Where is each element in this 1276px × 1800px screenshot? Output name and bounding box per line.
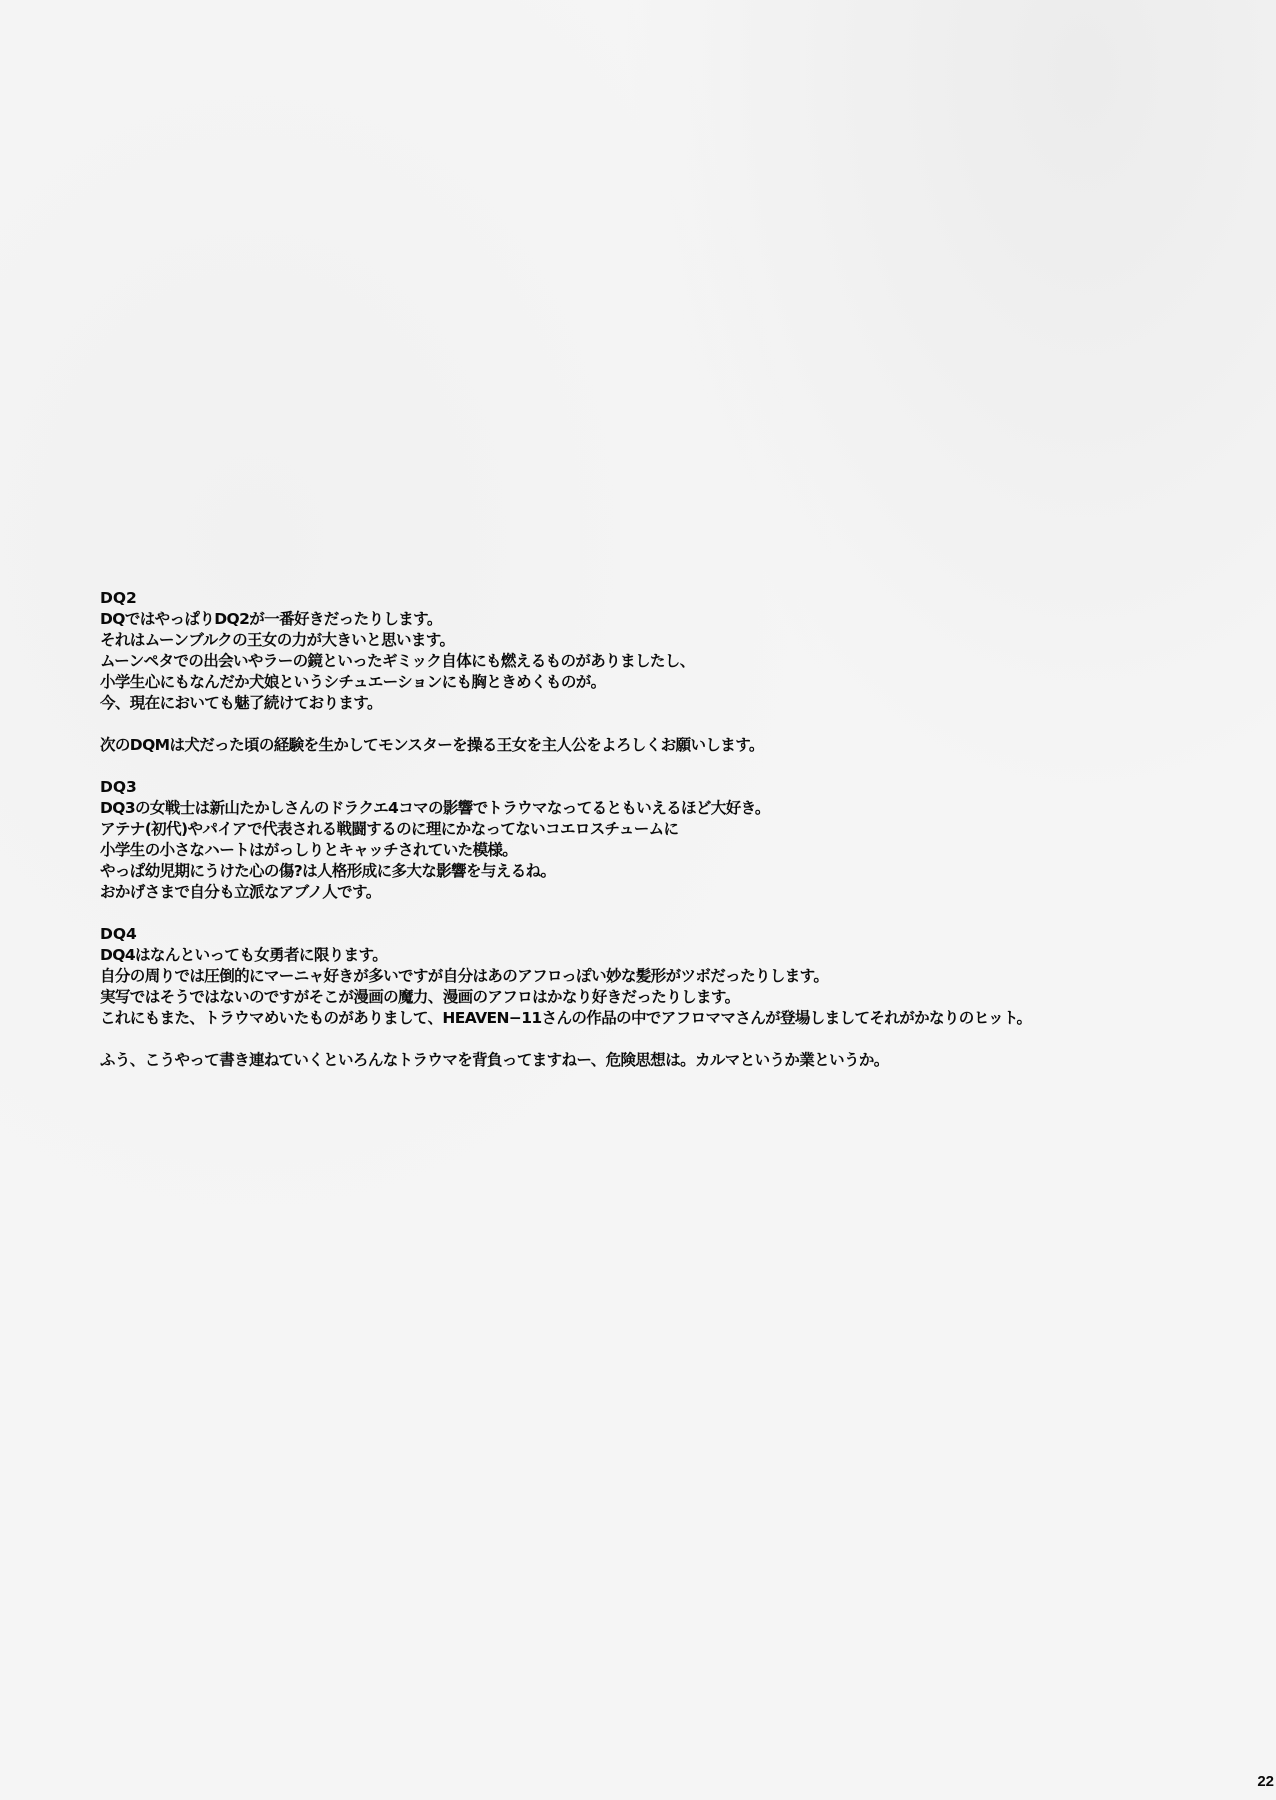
text-line: 今、現在においても魅了続けております。: [100, 693, 1220, 714]
text-line: DQではやっぱりDQ2が一番好きだったりします。: [100, 609, 1220, 630]
text-line: ふう、こうやって書き連ねていくといろんなトラウマを背負ってますねー、危険思想は。…: [100, 1050, 1220, 1071]
text-line: 小学生心にもなんだか犬娘というシチュエーションにも胸ときめくものが。: [100, 672, 1220, 693]
section-heading: DQ2: [100, 588, 1220, 609]
page-background: DQ2 DQではやっぱりDQ2が一番好きだったりします。 それはムーンブルクの王…: [0, 0, 1276, 1800]
text-line: 小学生の小さなハートはがっしりとキャッチされていた模様。: [100, 840, 1220, 861]
section-closing: ふう、こうやって書き連ねていくといろんなトラウマを背負ってますねー、危険思想は。…: [100, 1050, 1220, 1071]
text-line: 次のDQMは犬だった頃の経験を生かしてモンスターを操る王女を主人公をよろしくお願…: [100, 735, 1220, 756]
afterword-text: DQ2 DQではやっぱりDQ2が一番好きだったりします。 それはムーンブルクの王…: [100, 588, 1220, 1092]
text-line: おかげさまで自分も立派なアブノ人です。: [100, 882, 1220, 903]
text-line: それはムーンブルクの王女の力が大きいと思います。: [100, 630, 1220, 651]
text-line: DQ4はなんといっても女勇者に限ります。: [100, 945, 1220, 966]
text-line: これにもまた、トラウマめいたものがありまして、HEAVEN−11さんの作品の中で…: [100, 1008, 1220, 1029]
text-line: 実写ではそうではないのですがそこが漫画の魔力、漫画のアフロはかなり好きだったりし…: [100, 987, 1220, 1008]
text-line: アテナ(初代)やパイアで代表される戦闘するのに理にかなってないコエロスチュームに: [100, 819, 1220, 840]
section-dq2: DQ2 DQではやっぱりDQ2が一番好きだったりします。 それはムーンブルクの王…: [100, 588, 1220, 714]
text-line: DQ3の女戦士は新山たかしさんのドラクエ4コマの影響でトラウマなってるともいえる…: [100, 798, 1220, 819]
text-line: 自分の周りでは圧倒的にマーニャ好きが多いですが自分はあのアフロっぽい妙な髪形がツ…: [100, 966, 1220, 987]
section-dq3: DQ3 DQ3の女戦士は新山たかしさんのドラクエ4コマの影響でトラウマなってると…: [100, 777, 1220, 903]
text-line: やっぱ幼児期にうけた心の傷?は人格形成に多大な影響を与えるね。: [100, 861, 1220, 882]
section-heading: DQ3: [100, 777, 1220, 798]
page-number: 22: [1257, 1773, 1274, 1790]
section-dq4: DQ4 DQ4はなんといっても女勇者に限ります。 自分の周りでは圧倒的にマーニャ…: [100, 924, 1220, 1029]
section-heading: DQ4: [100, 924, 1220, 945]
text-line: ムーンペタでの出会いやラーの鏡といったギミック自体にも燃えるものがありましたし、: [100, 651, 1220, 672]
section-dqm-note: 次のDQMは犬だった頃の経験を生かしてモンスターを操る王女を主人公をよろしくお願…: [100, 735, 1220, 756]
